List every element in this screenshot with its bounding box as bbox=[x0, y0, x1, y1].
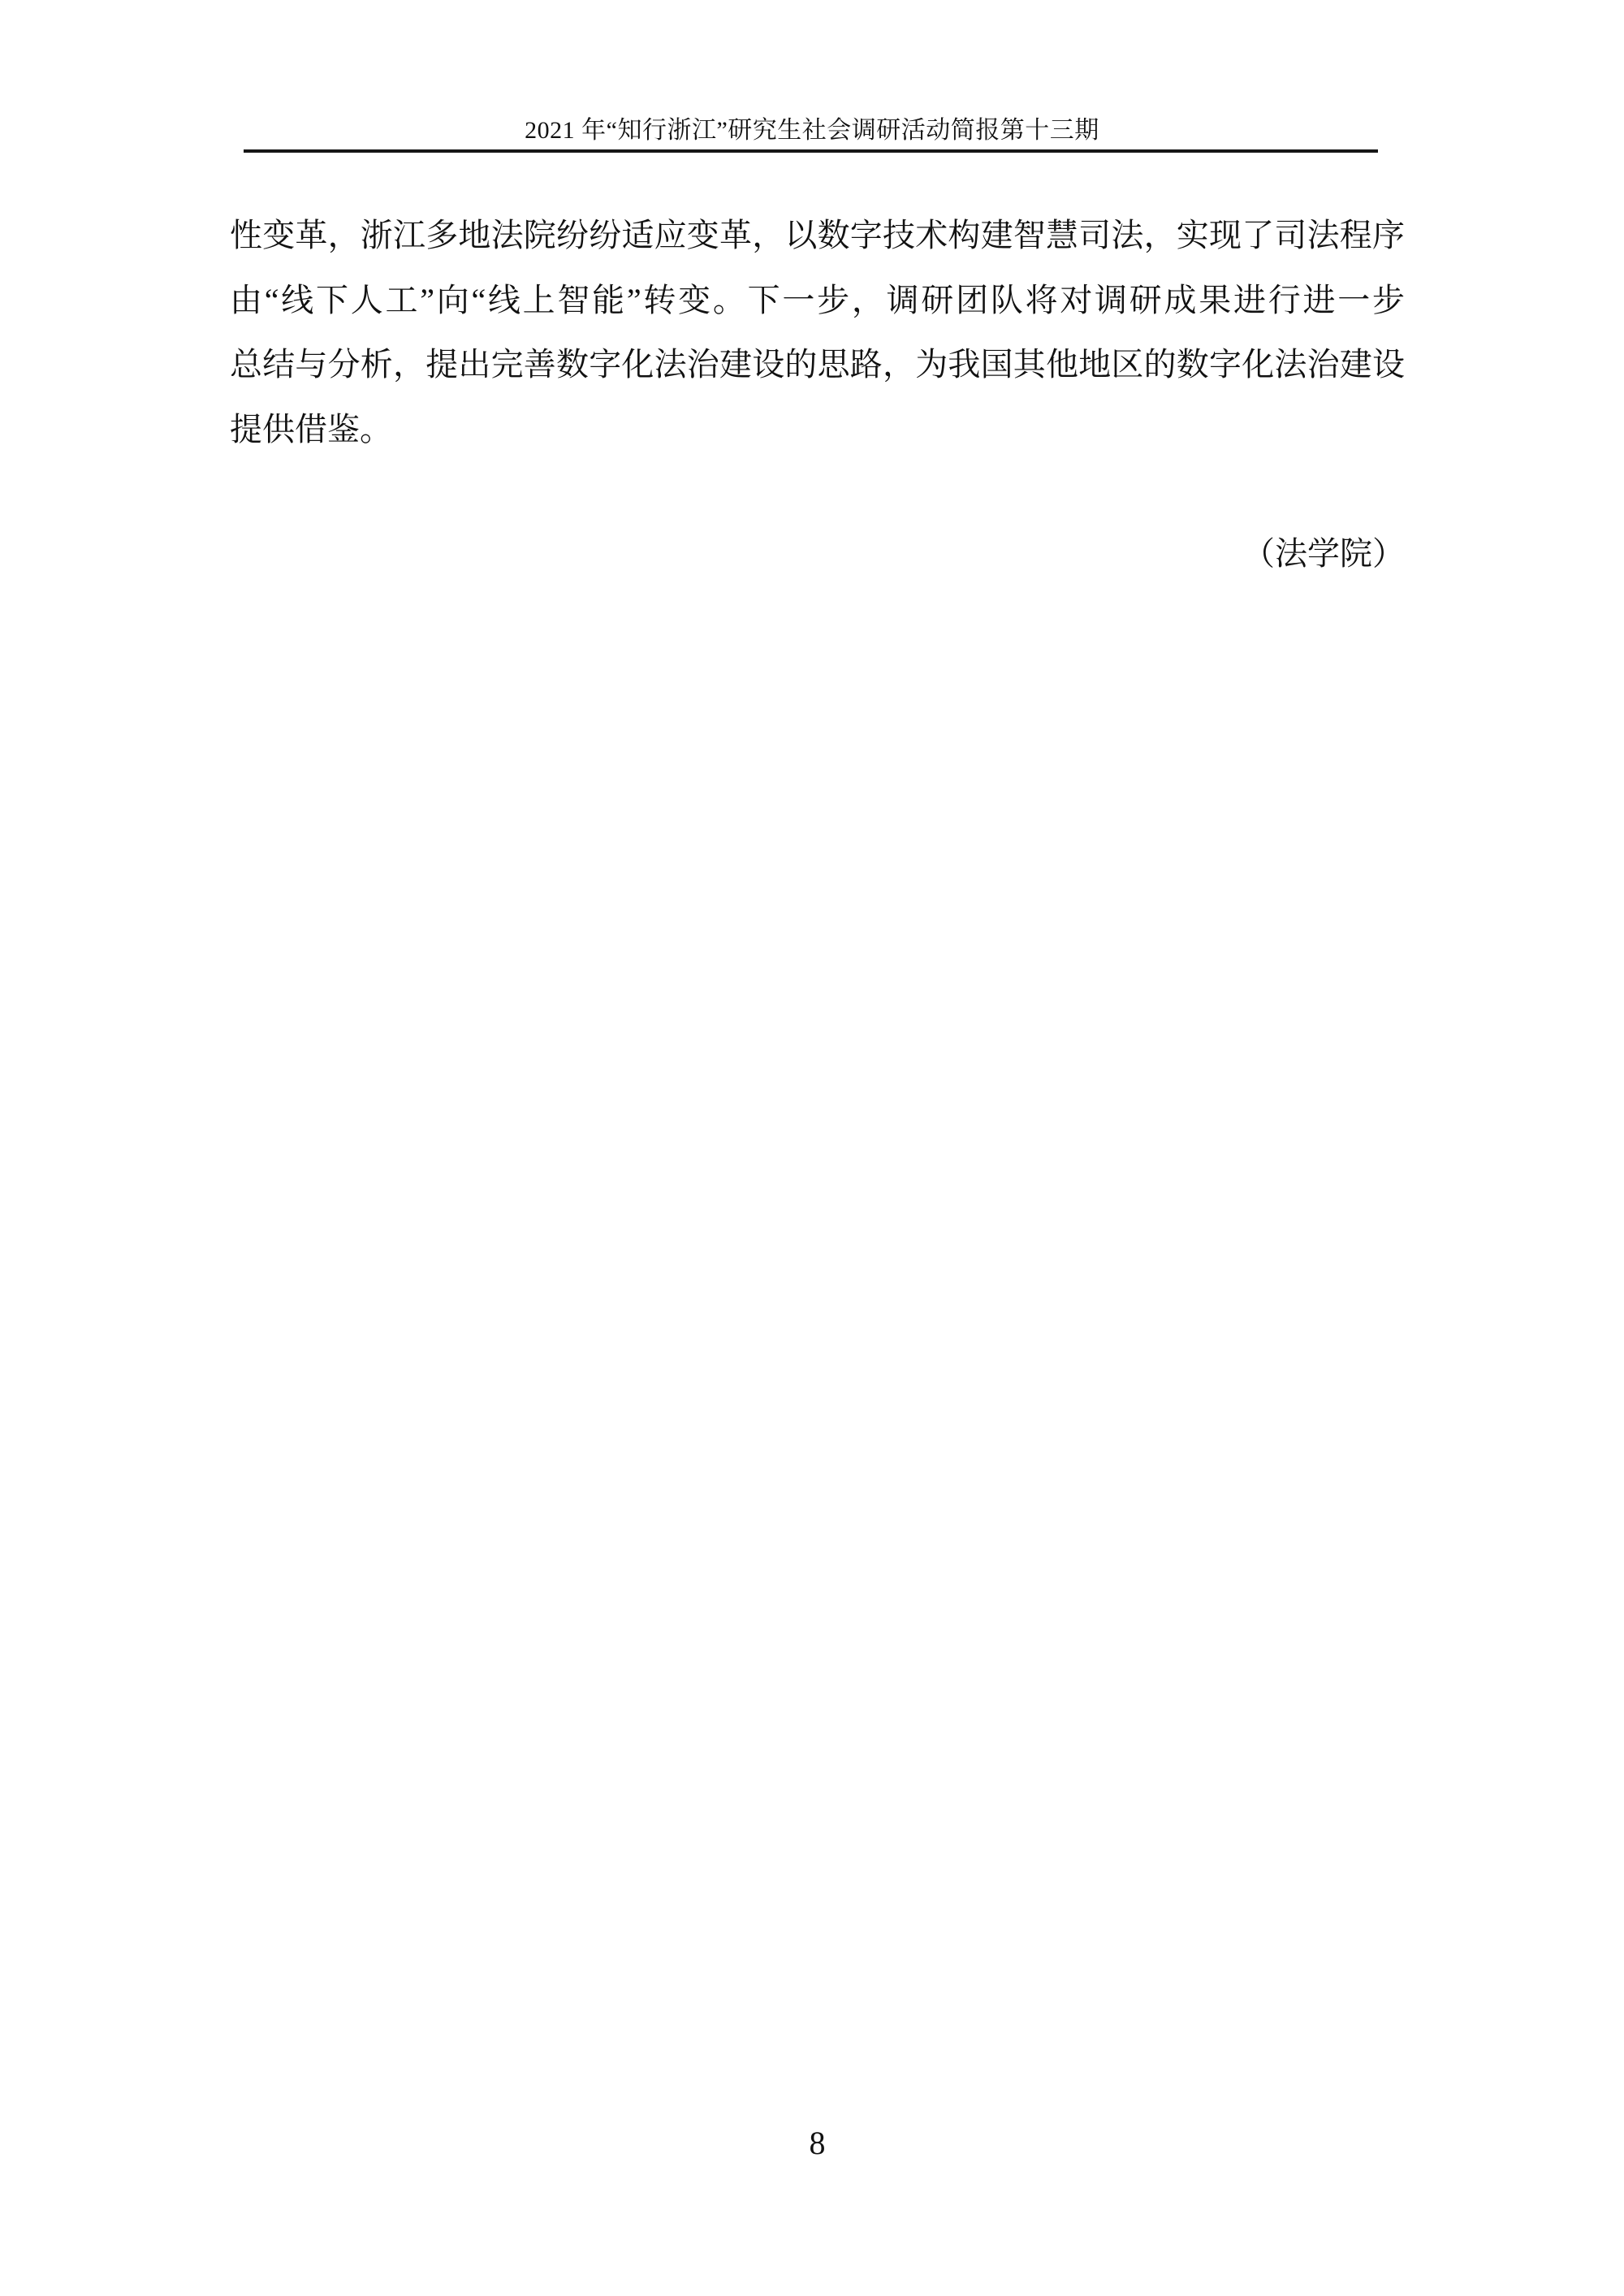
page-number: 8 bbox=[230, 2123, 1405, 2164]
document-page: 2021 年“知行浙江”研究生社会调研活动简报第十三期 性变革，浙江多地法院纷纷… bbox=[0, 0, 1624, 2296]
header-rule bbox=[244, 149, 1378, 153]
header-title: 2021 年“知行浙江”研究生社会调研活动简报第十三期 bbox=[0, 117, 1624, 145]
body-line: 总结与分析，提出完善数字化法治建设的思路，为我国其他地区的数字化法治建设 bbox=[230, 332, 1405, 397]
body-line: 由“线下人工”向“线上智能”转变。下一步，调研团队将对调研成果进行进一步 bbox=[230, 268, 1405, 333]
attribution: （法学院） bbox=[230, 521, 1405, 586]
body-line: 性变革，浙江多地法院纷纷适应变革，以数字技术构建智慧司法，实现了司法程序 bbox=[230, 203, 1405, 268]
body-line: 提供借鉴。 bbox=[230, 397, 1405, 462]
